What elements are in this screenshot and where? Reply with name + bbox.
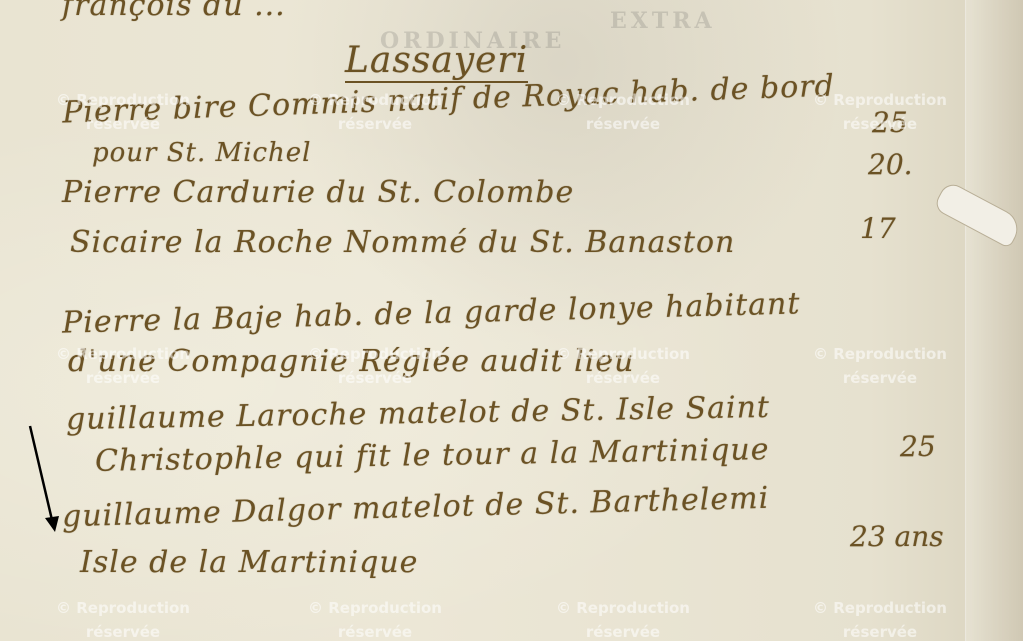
watermark: © Reproductionréservée <box>300 596 450 641</box>
entry-line-9: guillaume Dalgor matelot de St. Barthele… <box>62 481 770 535</box>
arrow-down-right-icon <box>26 424 66 536</box>
watermark: © Reproductionréservée <box>300 342 450 390</box>
entry-line-3: Pierre Cardurie du St. Colombe <box>62 175 574 210</box>
manuscript-page: ORDINAIRE EXTRA françois du ... Lassayer… <box>0 0 1023 641</box>
watermark: © Reproductionréservée <box>805 342 955 390</box>
top-line: françois du ... <box>62 0 286 23</box>
watermark: © Reproductionréservée <box>805 88 955 136</box>
watermark: © Reproductionréservée <box>548 596 698 641</box>
watermark: © Reproductionréservée <box>805 596 955 641</box>
entry-age-10: 23 ans <box>850 520 944 553</box>
watermark: © Reproductionréservée <box>48 342 198 390</box>
entry-line-2: pour St. Michel <box>92 138 311 168</box>
entry-line-8: Christophle qui fit le tour a la Martini… <box>95 432 770 479</box>
entry-line-5: Pierre la Baje hab. de la garde lonye ha… <box>62 286 801 340</box>
entry-line-10: Isle de la Martinique <box>80 545 418 580</box>
entry-line-7: guillaume Laroche matelot de St. Isle Sa… <box>66 390 770 437</box>
entry-age-8: 25 <box>900 430 936 463</box>
page-edge <box>965 0 1023 641</box>
watermark: © Reproductionréservée <box>300 88 450 136</box>
entry-line-4: Sicaire la Roche Nommé du St. Banaston <box>70 225 735 260</box>
watermark: © Reproductionréservée <box>48 88 198 136</box>
entry-age-3: 20. <box>868 148 913 181</box>
entry-age-4: 17 <box>860 212 896 245</box>
section-title: Lassayeri <box>345 40 528 83</box>
watermark: © Reproductionréservée <box>548 88 698 136</box>
bleed-through-stamp: EXTRA <box>610 8 716 34</box>
watermark: © Reproductionréservée <box>48 596 198 641</box>
watermark: © Reproductionréservée <box>548 342 698 390</box>
